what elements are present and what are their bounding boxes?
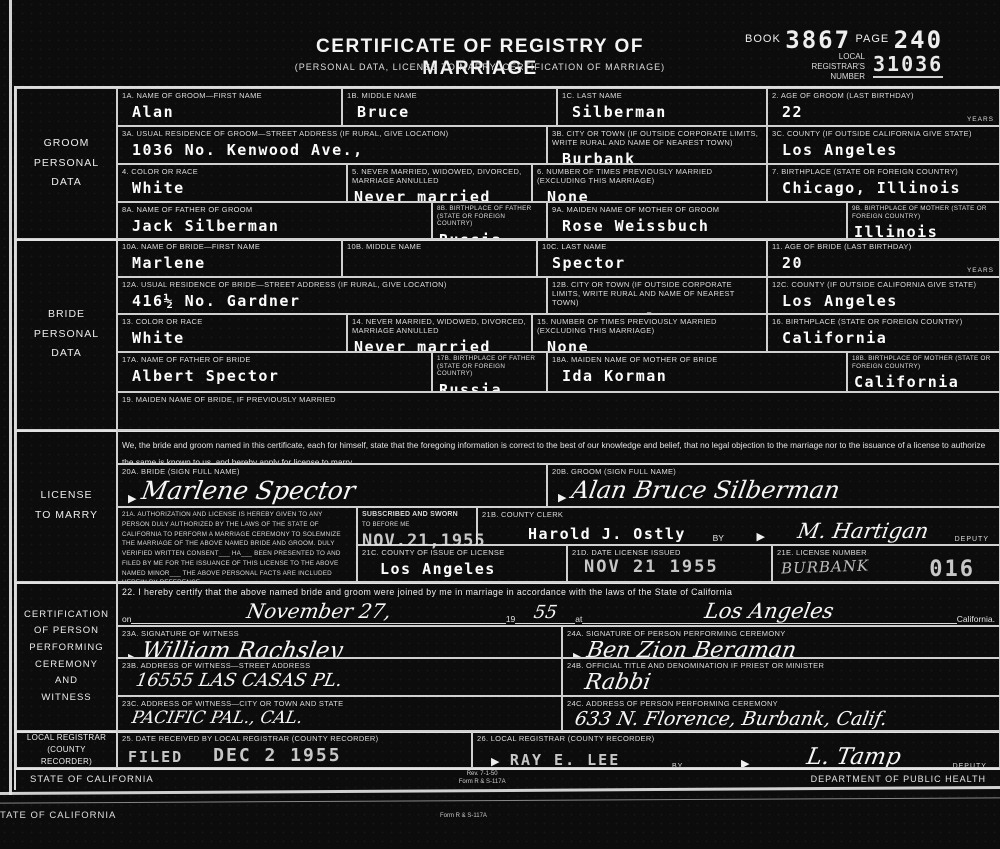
performer-address-handwriting: 633 N. Florence, Burbank, Calif. (573, 708, 889, 730)
field-value: Los Angeles (782, 141, 995, 159)
field-label: 3B. CITY OR TOWN (IF OUTSIDE CORPORATE L… (552, 129, 762, 147)
field-bride-marital-status: 14. NEVER MARRIED, WIDOWED, DIVORCED, MA… (347, 314, 532, 352)
field-groom-race: 4. COLOR OR RACE White (117, 164, 347, 202)
years-unit: YEARS (967, 267, 994, 274)
field-label: 21C. COUNTY OF ISSUE OF LICENSE (362, 548, 562, 557)
field-label: 12C. COUNTY (IF OUTSIDE CALIFORNIA GIVE … (772, 280, 995, 289)
field-value: Illinois (854, 223, 995, 239)
field-value: Russia (439, 381, 542, 392)
registrar-number-value: 31036 (873, 52, 943, 78)
sidebar-groom-section: GROOM PERSONAL DATA (16, 88, 117, 239)
by-label: BY (713, 533, 724, 543)
field-label: 3C. COUNTY (IF OUTSIDE CALIFORNIA GIVE S… (772, 129, 995, 138)
field-value: White (132, 179, 342, 197)
field-value: Silberman (572, 103, 762, 121)
field-bride-city: 12B. CITY OR TOWN (IF OUTSIDE CORPORATE … (547, 277, 767, 314)
footer-department: DEPARTMENT OF PUBLIC HEALTH (811, 774, 986, 784)
county-clerk-name: Harold J. Ostly (528, 525, 686, 543)
sidebar-bride-label: BRIDE PERSONAL DATA (34, 305, 99, 365)
field-performer-title: 24B. OFFICIAL TITLE AND DENOMINATION IF … (562, 658, 1000, 696)
field-bride-last-name: 10C. LAST NAME Spector (537, 239, 767, 277)
footer-form-info: Rev. 7-1-50 Form R & S-117A (459, 771, 506, 787)
page-value: 240 (894, 26, 943, 54)
sidebar-license-section: LICENSE TO MARRY (16, 430, 117, 582)
field-label: 24A. SIGNATURE OF PERSON PERFORMING CERE… (567, 629, 995, 638)
field-value: 20 (782, 254, 995, 272)
field-value: Chicago, Illinois (782, 179, 995, 197)
field-label: 8A. NAME OF FATHER OF GROOM (122, 205, 427, 214)
field-label: 13. COLOR OR RACE (122, 317, 342, 326)
field-county-of-issue: 21C. COUNTY OF ISSUE OF LICENSE Los Ange… (357, 545, 567, 582)
book-value: 3867 (785, 26, 851, 54)
field-groom-mother-name: 9A. MAIDEN NAME OF MOTHER OF GROOM Rose … (547, 202, 847, 239)
signature-arrow-icon: ▶ (128, 492, 136, 505)
years-unit: YEARS (967, 116, 994, 123)
field-county-clerk: 21B. COUNTY CLERK Harold J. Ostly BY ▶ M… (477, 507, 1000, 545)
year-prefix: 19 (506, 614, 515, 624)
field-label: 23B. ADDRESS OF WITNESS—STREET ADDRESS (122, 661, 557, 670)
footer-rev: Rev. 7-1-50 (467, 771, 498, 777)
field-value: California (854, 373, 995, 391)
field-bride-father-name: 17A. NAME OF FATHER OF BRIDE Albert Spec… (117, 352, 432, 392)
field-bride-race: 13. COLOR OR RACE White (117, 314, 347, 352)
book-label: BOOK (745, 33, 781, 45)
field-label: 15. NUMBER OF TIMES PREVIOUSLY MARRIED (… (537, 317, 762, 335)
field-bride-maiden-prev: 19. MAIDEN NAME OF BRIDE, IF PREVIOUSLY … (117, 392, 1000, 430)
page-label: PAGE (856, 33, 890, 45)
field-witness-signature: 23A. SIGNATURE OF WITNESS ▶ William Rach… (117, 626, 562, 658)
field-value: Spector (552, 254, 762, 272)
field-bride-father-birthplace: 17B. BIRTHPLACE OF FATHER (STATE OR FORE… (432, 352, 547, 392)
registrar-deputy-signature: L. Tamp (805, 744, 903, 768)
field-groom-signature: 20B. GROOM (SIGN FULL NAME) ▶ Alan Bruce… (547, 464, 1000, 507)
field-groom-age: 2. AGE OF GROOM (LAST BIRTHDAY) 22 YEARS (767, 88, 1000, 126)
field-value: Burbank (562, 150, 762, 164)
field-value: Never married (354, 188, 527, 202)
license-statement: We, the bride and groom named in this ce… (122, 433, 995, 464)
marriage-certificate-photostat: CERTIFICATE OF REGISTRY OF MARRIAGE (PER… (0, 0, 1000, 849)
field-label: 23C. ADDRESS OF WITNESS—CITY OR TOWN AND… (122, 699, 557, 708)
sidebar-certification-label: CERTIFICATION OF PERSON PERFORMING CEREM… (24, 607, 109, 707)
field-value: Jack Silberman (132, 217, 427, 235)
witness-street-handwriting: 16555 LAS CASAS PL. (134, 670, 344, 691)
license-statement-box: We, the bride and groom named in this ce… (117, 430, 1000, 464)
witness-city-handwriting: PACIFIC PAL., CAL. (130, 708, 304, 728)
field-label: 24C. ADDRESS OF PERSON PERFORMING CEREMO… (567, 699, 995, 708)
field-label: 10C. LAST NAME (542, 242, 762, 251)
field-label: 21D. DATE LICENSE ISSUED (572, 548, 767, 557)
field-label: 5. NEVER MARRIED, WIDOWED, DIVORCED, MAR… (352, 167, 527, 185)
field-groom-times-married: 6. NUMBER OF TIMES PREVIOUSLY MARRIED (E… (532, 164, 767, 202)
field-label: 1C. LAST NAME (562, 91, 762, 100)
page-subtitle: (PERSONAL DATA, LICENSE TO MARRY, CERTIF… (255, 62, 705, 72)
footer-form-number: Form R & S-117A (459, 779, 506, 785)
field-value: Alan (132, 103, 337, 121)
field-label: 12A. USUAL RESIDENCE OF BRIDE—STREET ADD… (122, 280, 542, 289)
field-groom-father-birthplace: 8B. BIRTHPLACE OF FATHER (STATE OR FOREI… (432, 202, 547, 239)
field-value: Albert Spector (132, 367, 427, 385)
signature-arrow-icon: ▶ (757, 530, 765, 543)
field-bride-middle-name: 10B. MIDDLE NAME (342, 239, 537, 277)
field-groom-middle-name: 1B. MIDDLE NAME Bruce (342, 88, 557, 126)
field-value: Ida Korman (562, 367, 842, 385)
sheet-edge (0, 797, 1000, 803)
field-label: 1B. MIDDLE NAME (347, 91, 552, 100)
field-groom-residence: 3A. USUAL RESIDENCE OF GROOM—STREET ADDR… (117, 126, 547, 164)
field-value: 22 (782, 103, 995, 121)
california-suffix: California. (957, 614, 995, 624)
field-groom-birthplace: 7. BIRTHPLACE (STATE OR FOREIGN COUNTRY)… (767, 164, 1000, 202)
field-certification-statement: 22. I hereby certify that the above name… (117, 582, 1000, 626)
field-local-registrar: 26. LOCAL REGISTRAR (COUNTY RECORDER) ▶ … (472, 731, 1000, 768)
field-bride-residence: 12A. USUAL RESIDENCE OF BRIDE—STREET ADD… (117, 277, 547, 314)
field-groom-first-name: 1A. NAME OF GROOM—FIRST NAME Alan (117, 88, 342, 126)
field-groom-city: 3B. CITY OR TOWN (IF OUTSIDE CORPORATE L… (547, 126, 767, 164)
field-label: 10A. NAME OF BRIDE—FIRST NAME (122, 242, 337, 251)
field-value: Los Angeles (782, 292, 995, 310)
field-bride-birthplace: 16. BIRTHPLACE (STATE OR FOREIGN COUNTRY… (767, 314, 1000, 352)
date-received-stamp: DEC 2 1955 (213, 745, 341, 766)
signature-arrow-icon: ▶ (558, 491, 566, 504)
field-date-license-issued: 21D. DATE LICENSE ISSUED NOV 21 1955 (567, 545, 772, 582)
field-label: 8B. BIRTHPLACE OF FATHER (STATE OR FOREI… (437, 205, 542, 228)
deputy-label: DEPUTY (955, 536, 989, 543)
field-value: None (547, 338, 762, 352)
subscribed-sworn-box: SUBSCRIBED AND SWORN TO BEFORE ME NOV.21… (357, 507, 477, 545)
field-groom-last-name: 1C. LAST NAME Silberman (557, 88, 767, 126)
field-groom-marital-status: 5. NEVER MARRIED, WIDOWED, DIVORCED, MAR… (347, 164, 532, 202)
field-label: 10B. MIDDLE NAME (347, 242, 532, 251)
field-performer-address: 24C. ADDRESS OF PERSON PERFORMING CEREMO… (562, 696, 1000, 731)
signature-arrow-icon: ▶ (128, 651, 136, 658)
field-value: 416½ No. Gardner (132, 292, 542, 310)
field-label: 26. LOCAL REGISTRAR (COUNTY RECORDER) (477, 734, 995, 743)
field-label: 11. AGE OF BRIDE (LAST BIRTHDAY) (772, 242, 995, 251)
field-value: Rose Weissbuch (562, 217, 842, 235)
under-sheet-state-label: TATE OF CALIFORNIA (0, 810, 116, 821)
signature-arrow-icon: ▶ (573, 650, 581, 658)
field-value: 1036 No. Kenwood Ave., (132, 141, 542, 159)
field-label: 9B. BIRTHPLACE OF MOTHER (STATE OR FOREI… (852, 205, 995, 220)
field-bride-age: 11. AGE OF BRIDE (LAST BIRTHDAY) 20 YEAR… (767, 239, 1000, 277)
field-label: 21B. COUNTY CLERK (482, 510, 995, 519)
field-bride-mother-name: 18A. MAIDEN NAME OF MOTHER OF BRIDE Ida … (547, 352, 847, 392)
field-bride-signature: 20A. BRIDE (SIGN FULL NAME) ▶ Marlene Sp… (117, 464, 547, 507)
performer-title-handwriting: Rabbi (583, 670, 653, 695)
witness-signature: William Rachsley (140, 638, 345, 658)
registrar-number-label: LOCAL REGISTRAR'S NUMBER (745, 52, 865, 82)
filed-stamp: FILED (128, 748, 183, 766)
deputy-signature: M. Hartigan (795, 519, 930, 543)
field-label: 25. DATE RECEIVED BY LOCAL REGISTRAR (CO… (122, 734, 467, 743)
field-label: 7. BIRTHPLACE (STATE OR FOREIGN COUNTRY) (772, 167, 995, 176)
certification-statement: 22. I hereby certify that the above name… (122, 585, 995, 597)
field-label: 18B. BIRTHPLACE OF MOTHER (STATE OR FORE… (852, 355, 995, 370)
certificate-form: GROOM PERSONAL DATA BRIDE PERSONAL DATA … (14, 86, 1000, 790)
authorization-text: 21A. AUTHORIZATION AND LICENSE IS HEREBY… (122, 510, 352, 582)
field-value: California (782, 329, 995, 347)
field-label: 18A. MAIDEN NAME OF MOTHER OF BRIDE (552, 355, 842, 364)
signature-arrow-icon: ▶ (741, 757, 749, 768)
field-bride-mother-birthplace: 18B. BIRTHPLACE OF MOTHER (STATE OR FORE… (847, 352, 1000, 392)
book-page-line: BOOK 3867 PAGE 240 (745, 26, 990, 54)
date-issued-stamp: NOV 21 1955 (584, 557, 767, 577)
field-groom-county: 3C. COUNTY (IF OUTSIDE CALIFORNIA GIVE S… (767, 126, 1000, 164)
field-value: Bruce (357, 103, 552, 121)
field-label: 20A. BRIDE (SIGN FULL NAME) (122, 467, 542, 476)
marriage-place-handwriting: Los Angeles (703, 599, 836, 623)
registrar-name: RAY E. LEE (510, 751, 620, 768)
field-value: Russia (439, 231, 542, 239)
field-label: 1A. NAME OF GROOM—FIRST NAME (122, 91, 337, 100)
field-label: 2. AGE OF GROOM (LAST BIRTHDAY) (772, 91, 995, 100)
field-label: 16. BIRTHPLACE (STATE OR FOREIGN COUNTRY… (772, 317, 995, 326)
sidebar-license-label: LICENSE TO MARRY (35, 486, 98, 526)
field-label: 17B. BIRTHPLACE OF FATHER (STATE OR FORE… (437, 355, 542, 378)
marriage-date-handwriting: November 27, (245, 599, 393, 623)
license-number-value: 016 (777, 557, 975, 582)
field-value: Marlene (132, 254, 337, 272)
field-label: 24B. OFFICIAL TITLE AND DENOMINATION IF … (567, 661, 995, 670)
bride-signature: Marlene Spector (140, 476, 358, 505)
field-label: 21E. LICENSE NUMBER (777, 548, 995, 557)
page-title: CERTIFICATE OF REGISTRY OF MARRIAGE (255, 36, 705, 80)
performer-signature: Ben Zion Bergman (585, 638, 798, 658)
field-label: 4. COLOR OR RACE (122, 167, 342, 176)
marriage-year-handwriting: 55 (532, 602, 559, 623)
footer-state: STATE OF CALIFORNIA (30, 774, 154, 785)
on-label: on (122, 614, 131, 624)
field-bride-first-name: 10A. NAME OF BRIDE—FIRST NAME Marlene (117, 239, 342, 277)
field-label: 19. MAIDEN NAME OF BRIDE, IF PREVIOUSLY … (122, 395, 995, 404)
field-date-received: 25. DATE RECEIVED BY LOCAL REGISTRAR (CO… (117, 731, 472, 768)
field-license-number: 21E. LICENSE NUMBER BURBANK 016 (772, 545, 1000, 582)
sidebar-registrar-label: LOCAL REGISTRAR (COUNTY RECORDER) (21, 732, 112, 768)
at-label: at (575, 614, 582, 624)
field-label: 14. NEVER MARRIED, WIDOWED, DIVORCED, MA… (352, 317, 527, 335)
field-value: None (547, 188, 762, 202)
field-bride-county: 12C. COUNTY (IF OUTSIDE CALIFORNIA GIVE … (767, 277, 1000, 314)
subscribed-line1: SUBSCRIBED AND SWORN (362, 510, 472, 521)
field-groom-mother-birthplace: 9B. BIRTHPLACE OF MOTHER (STATE OR FOREI… (847, 202, 1000, 239)
field-witness-city: 23C. ADDRESS OF WITNESS—CITY OR TOWN AND… (117, 696, 562, 731)
photostat-left-edge (9, 0, 12, 795)
field-label: 3A. USUAL RESIDENCE OF GROOM—STREET ADDR… (122, 129, 542, 138)
field-groom-father-name: 8A. NAME OF FATHER OF GROOM Jack Silberm… (117, 202, 432, 239)
sidebar-registrar-section: LOCAL REGISTRAR (COUNTY RECORDER) (16, 731, 117, 768)
sidebar-groom-label: GROOM PERSONAL DATA (34, 134, 99, 194)
field-value: White (132, 329, 342, 347)
field-label: 9A. MAIDEN NAME OF MOTHER OF GROOM (552, 205, 842, 214)
field-value: Los Angeles (380, 560, 562, 578)
field-label: 23A. SIGNATURE OF WITNESS (122, 629, 557, 638)
subscribed-line2: TO BEFORE ME (362, 521, 472, 530)
field-value: Never married (354, 338, 527, 352)
sidebar-bride-section: BRIDE PERSONAL DATA (16, 239, 117, 430)
under-sheet-form-label: Form R & S-117A (440, 813, 487, 819)
sidebar-certification-section: CERTIFICATION OF PERSON PERFORMING CEREM… (16, 582, 117, 731)
field-witness-street: 23B. ADDRESS OF WITNESS—STREET ADDRESS 1… (117, 658, 562, 696)
field-label: 12B. CITY OR TOWN (IF OUTSIDE CORPORATE … (552, 280, 762, 307)
field-bride-times-married: 15. NUMBER OF TIMES PREVIOUSLY MARRIED (… (532, 314, 767, 352)
field-label: 17A. NAME OF FATHER OF BRIDE (122, 355, 427, 364)
field-performer-signature: 24A. SIGNATURE OF PERSON PERFORMING CERE… (562, 626, 1000, 658)
field-label: 6. NUMBER OF TIMES PREVIOUSLY MARRIED (E… (537, 167, 762, 185)
field-authorization: 21A. AUTHORIZATION AND LICENSE IS HEREBY… (117, 507, 357, 582)
signature-arrow-icon: ▶ (491, 756, 499, 768)
field-label: 20B. GROOM (SIGN FULL NAME) (552, 467, 995, 476)
groom-signature: Alan Bruce Silberman (570, 476, 843, 504)
